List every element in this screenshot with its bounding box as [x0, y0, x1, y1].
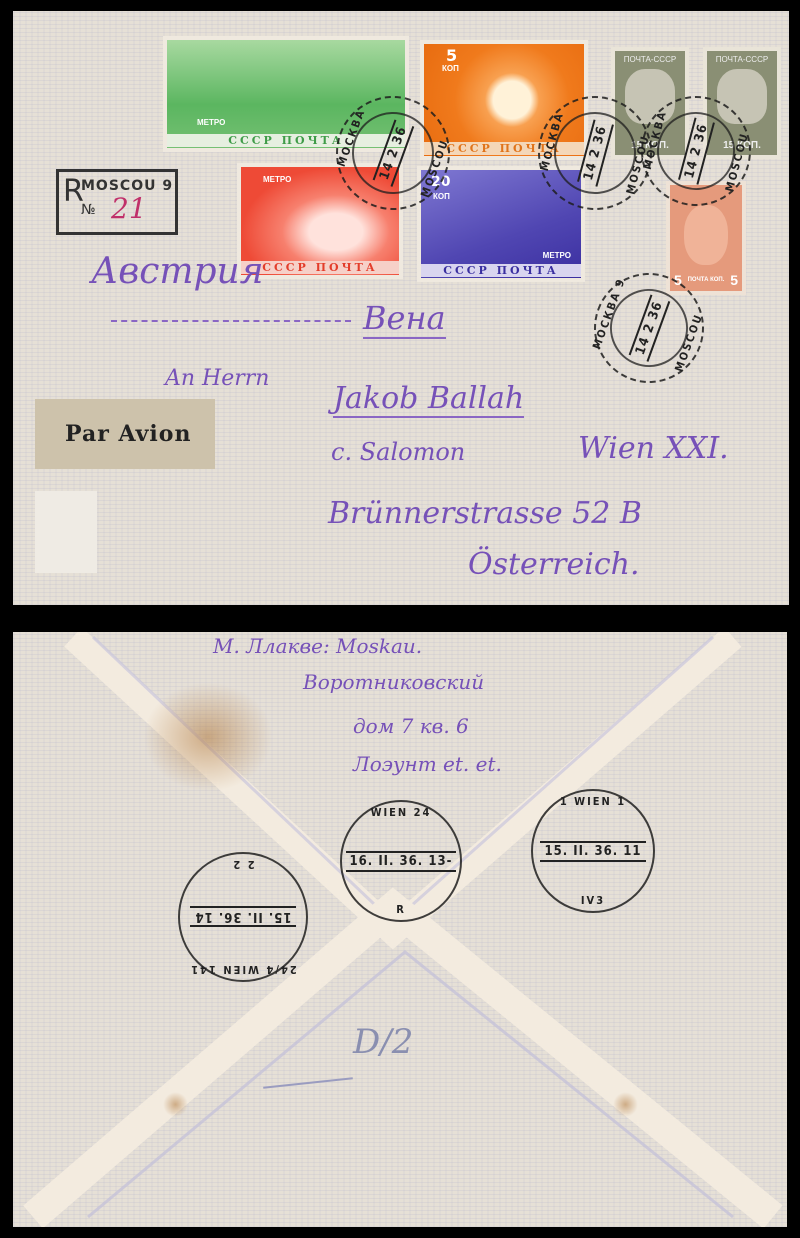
registration-no-label: № [81, 202, 96, 218]
vienna-postmark: 1 WIEN 1 15. II. 36. 11 IV3 [531, 789, 655, 913]
sender-line-2: Воротниковский [303, 670, 484, 694]
sender-line-3: дом 7 кв. 6 [353, 714, 469, 738]
stamp-top-text: ПОЧТА-СССР [615, 55, 685, 64]
country: Österreich. [468, 547, 640, 582]
sender-line-4: Лоэунт et. et. [353, 752, 502, 776]
vienna-postmark: 24/4 WIEN 141 15. II. 36. 14 2 2 [178, 852, 308, 982]
stamp-label: МЕТРО [543, 251, 571, 260]
envelope-front: МЕТРО СССР ПОЧТА 5 КОП СССР ПОЧТА МЕТРО … [13, 11, 789, 605]
registration-box: R MOSCOU 9 № 21 [56, 169, 178, 235]
stain [613, 1092, 638, 1117]
stain [143, 682, 273, 792]
pencil-note: D/2 [353, 1022, 413, 1062]
street: Brünnerstrasse 52 B [328, 496, 642, 531]
care-of: c. Salomon [331, 438, 465, 466]
stamp-label: ПОЧТА КОП. [688, 277, 725, 284]
stamp-unit: КОП [433, 192, 450, 201]
stamp-label: МЕТРО [263, 175, 291, 184]
stamp-label: МЕТРО [197, 118, 225, 127]
stamp-value: 5 [730, 272, 738, 288]
stain [163, 1092, 188, 1117]
soldier-portrait [684, 205, 728, 265]
stamp-caption: СССР ПОЧТА [421, 264, 581, 277]
stamp-value: 5 [446, 46, 457, 65]
stamp-unit: КОП [442, 64, 459, 73]
envelope-back: M. Ллакве: Moskau. Воротниковский дом 7 … [13, 632, 787, 1227]
salutation: An Herrn [165, 366, 269, 391]
underline [111, 320, 351, 322]
city-russian: Вена [363, 299, 446, 339]
registration-number: 21 [111, 192, 147, 225]
country-russian: Австрия [91, 251, 264, 292]
city: Wien XXI. [578, 431, 729, 466]
par-avion-label: Par Avion [35, 399, 215, 469]
recipient-name: Jakob Ballah [333, 381, 524, 418]
vienna-postmark: WIEN 24 16. II. 36. 13- R [340, 800, 462, 922]
sender-line-1: M. Ллакве: Moskau. [213, 634, 422, 658]
paper-patch [35, 491, 97, 573]
stamp-top-text: ПОЧТА-СССР [707, 55, 777, 64]
stamp-caption: СССР ПОЧТА [241, 261, 399, 274]
